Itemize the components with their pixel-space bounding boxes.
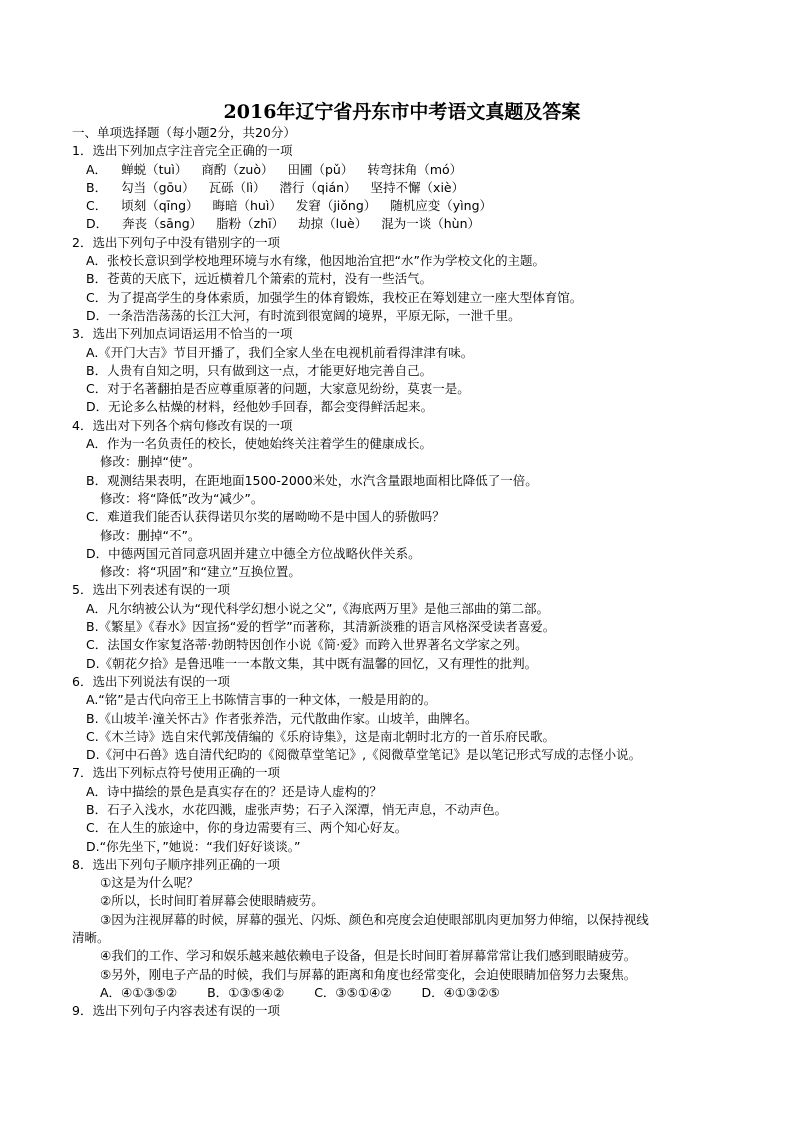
option-item: 顷刻（qīng）: [121, 197, 198, 215]
q6-option-c: C.《木兰诗》选自宋代郭茂倩编的《乐府诗集》，这是南北朝时北方的一首乐府民歌。: [72, 728, 732, 746]
q4-option-b: B．观测结果表明，在距地面1500-2000米处，水汽含量跟地面相比降低了一倍。: [72, 472, 732, 490]
q4-option-a-fix: 修改：删掉“使”。: [72, 453, 732, 471]
q7-option-a: A．诗中描绘的景色是真实存在的？还是诗人虚构的？: [72, 783, 732, 801]
q1-option-d: D．奔丧（sāng）脂粉（zhī）劫掠（luè）混为一谈（hùn）: [72, 215, 732, 233]
option-label: A．: [86, 161, 107, 179]
q8-choice-b: B．①③⑤④②: [207, 984, 284, 1002]
q6-option-b: B.《山坡羊·潼关怀古》作者张养浩，元代散曲作家。山坡羊，曲牌名。: [72, 710, 732, 728]
q8-sentence-4: ④我们的工作、学习和娱乐越来越依赖电子设备，但是长时间盯着屏幕常常让我们感到眼睛…: [72, 947, 732, 965]
option-item: 晦暗（huì）: [213, 197, 282, 215]
q6-option-d: D.《河中石兽》选自清代纪昀的《阅微草堂笔记》,《阅微草堂笔记》是以笔记形式写成…: [72, 746, 732, 764]
q2-option-a: A．张校长意识到学校地理环境与水有缘，他因地治宜把“水”作为学校文化的主题。: [72, 252, 732, 270]
q8-sentence-2: ②所以，长时间盯着屏幕会使眼睛疲劳。: [72, 892, 732, 910]
question-stem-1: 1．选出下列加点字注音完全正确的一项: [72, 142, 732, 160]
option-item: 勾当（gōu）: [121, 179, 195, 197]
option-item: 奔丧（sāng）: [122, 215, 202, 233]
q4-option-d-fix: 修改：将“巩固”和“建立”互换位置。: [72, 563, 732, 581]
option-item: 坚持不懈（xiè）: [371, 179, 465, 197]
option-item: 劫掠（luè）: [298, 215, 367, 233]
question-stem-2: 2．选出下列句子中没有错别字的一项: [72, 234, 732, 252]
q5-option-d: D.《朝花夕拾》是鲁迅唯一一本散文集，其中既有温馨的回忆，又有理性的批判。: [72, 655, 732, 673]
option-item: 发窘（jiǒng）: [296, 197, 376, 215]
q2-option-b: B．苍黄的天底下，远近横着几个箫索的荒村，没有一些活气。: [72, 270, 732, 288]
exam-page: 2016年辽宁省丹东市中考语文真题及答案 一、单项选择题（每小题2分，共20分）…: [72, 100, 732, 1021]
question-stem-5: 5．选出下列表述有误的一项: [72, 581, 732, 599]
option-label: D．: [86, 215, 108, 233]
option-item: 混为一谈（hùn）: [381, 215, 480, 233]
q8-choices: A．④①③⑤②B．①③⑤④②C．③⑤①④②D．④①③②⑤: [72, 984, 732, 1002]
q5-option-a: A．凡尔纳被公认为“现代科学幻想小说之父”,《海底两万里》是他三部曲的第二部。: [72, 600, 732, 618]
q4-option-c-fix: 修改：删掉“不”。: [72, 527, 732, 545]
q1-option-a: A．蝉蜕（tuì）商酌（zuò）田圃（pǔ）转弯抹角（mó）: [72, 161, 732, 179]
q3-option-c: C．对于名著翻拍是否应尊重原著的问题，大家意见纷纷，莫衷一是。: [72, 380, 732, 398]
q6-option-a: A.“铭”是古代向帝王上书陈情言事的一种文体，一般是用韵的。: [72, 691, 732, 709]
q3-option-b: B．人贵有自知之明，只有做到这一点，才能更好地完善自己。: [72, 362, 732, 380]
question-stem-3: 3．选出下列加点词语运用不恰当的一项: [72, 325, 732, 343]
question-stem-9: 9．选出下列句子内容表述有误的一项: [72, 1002, 732, 1020]
q8-choice-c: C．③⑤①④②: [314, 984, 391, 1002]
q8-sentence-1: ①这是为什么呢？: [72, 874, 732, 892]
option-item: 田圃（pǔ）: [288, 161, 354, 179]
option-label: B．: [86, 179, 107, 197]
option-item: 蝉蜕（tuì）: [121, 161, 187, 179]
q5-option-b: B.《繁星》《春水》因宣扬“爱的哲学”而著称，其清新淡雅的语言风格深受读者喜爱。: [72, 618, 732, 636]
q8-choice-d: D．④①③②⑤: [421, 984, 499, 1002]
q2-option-c: C．为了提高学生的身体索质，加强学生的体育锻炼，我校正在筹划建立一座大型体育馆。: [72, 289, 732, 307]
q4-option-d: D．中德两国元首同意巩固并建立中德全方位战略伙伴关系。: [72, 545, 732, 563]
q8-sentence-3-continued: 清晰。: [72, 929, 732, 947]
q4-option-c: C．难道我们能否认获得诺贝尔奖的屠呦呦不是中国人的骄傲吗？: [72, 508, 732, 526]
section-heading: 一、单项选择题（每小题2分，共20分）: [72, 124, 732, 142]
q1-option-b: B．勾当（gōu）瓦砾（lì）潜行（qián）坚持不懈（xiè）: [72, 179, 732, 197]
q7-option-c: C．在人生的旅途中，你的身边需要有三、两个知心好友。: [72, 819, 732, 837]
q7-option-b: B．石子入浅水，水花四溅，虚张声势；石子入深潭，悄无声息，不动声色。: [72, 801, 732, 819]
question-stem-7: 7．选出下列标点符号使用正确的一项: [72, 764, 732, 782]
question-stem-8: 8．选出下列句子顺序排列正确的一项: [72, 856, 732, 874]
question-stem-6: 6．选出下列说法有误的一项: [72, 673, 732, 691]
q8-sentence-3: ③因为注视屏幕的时候，屏幕的强光、闪烁、颜色和亮度会迫使眼部肌肉更加努力伸缩，以…: [72, 911, 732, 929]
q3-option-a: A.《开门大吉》节目开播了，我们全家人坐在电视机前看得津津有味。: [72, 344, 732, 362]
q4-option-b-fix: 修改：将“降低”改为“减少”。: [72, 490, 732, 508]
q7-option-d: D.“你先坐下，”她说：“我们好好谈谈。”: [72, 838, 732, 856]
option-item: 潜行（qián）: [280, 179, 357, 197]
q2-option-d: D．一条浩浩荡荡的长江大河，有时流到很宽阔的境界，平原无际，一泄千里。: [72, 307, 732, 325]
option-item: 脂粉（zhī）: [216, 215, 284, 233]
option-item: 随机应变（yìng）: [390, 197, 492, 215]
q8-sentence-5: ⑤另外，刚电子产品的时候，我们与屏幕的距离和角度也经常变化，会迫使眼睛加倍努力去…: [72, 966, 732, 984]
option-label: C．: [86, 197, 107, 215]
q8-choice-a: A．④①③⑤②: [100, 984, 177, 1002]
q5-option-c: C．法国女作家复洛蒂·勃朗特因创作小说《简·爱》而跨入世界著名文学家之列。: [72, 636, 732, 654]
page-title: 2016年辽宁省丹东市中考语文真题及答案: [72, 100, 732, 124]
option-item: 商酌（zuò）: [201, 161, 273, 179]
option-item: 转弯抹角（mó）: [367, 161, 462, 179]
question-stem-4: 4．选出对下列各个病句修改有误的一项: [72, 417, 732, 435]
option-item: 瓦砾（lì）: [209, 179, 266, 197]
q1-option-c: C．顷刻（qīng）晦暗（huì）发窘（jiǒng）随机应变（yìng）: [72, 197, 732, 215]
q3-option-d: D．无论多么枯燥的材料，经他妙手回春，都会变得鲜活起来。: [72, 398, 732, 416]
q4-option-a: A．作为一名负责任的校长，使她始终关注着学生的健康成长。: [72, 435, 732, 453]
